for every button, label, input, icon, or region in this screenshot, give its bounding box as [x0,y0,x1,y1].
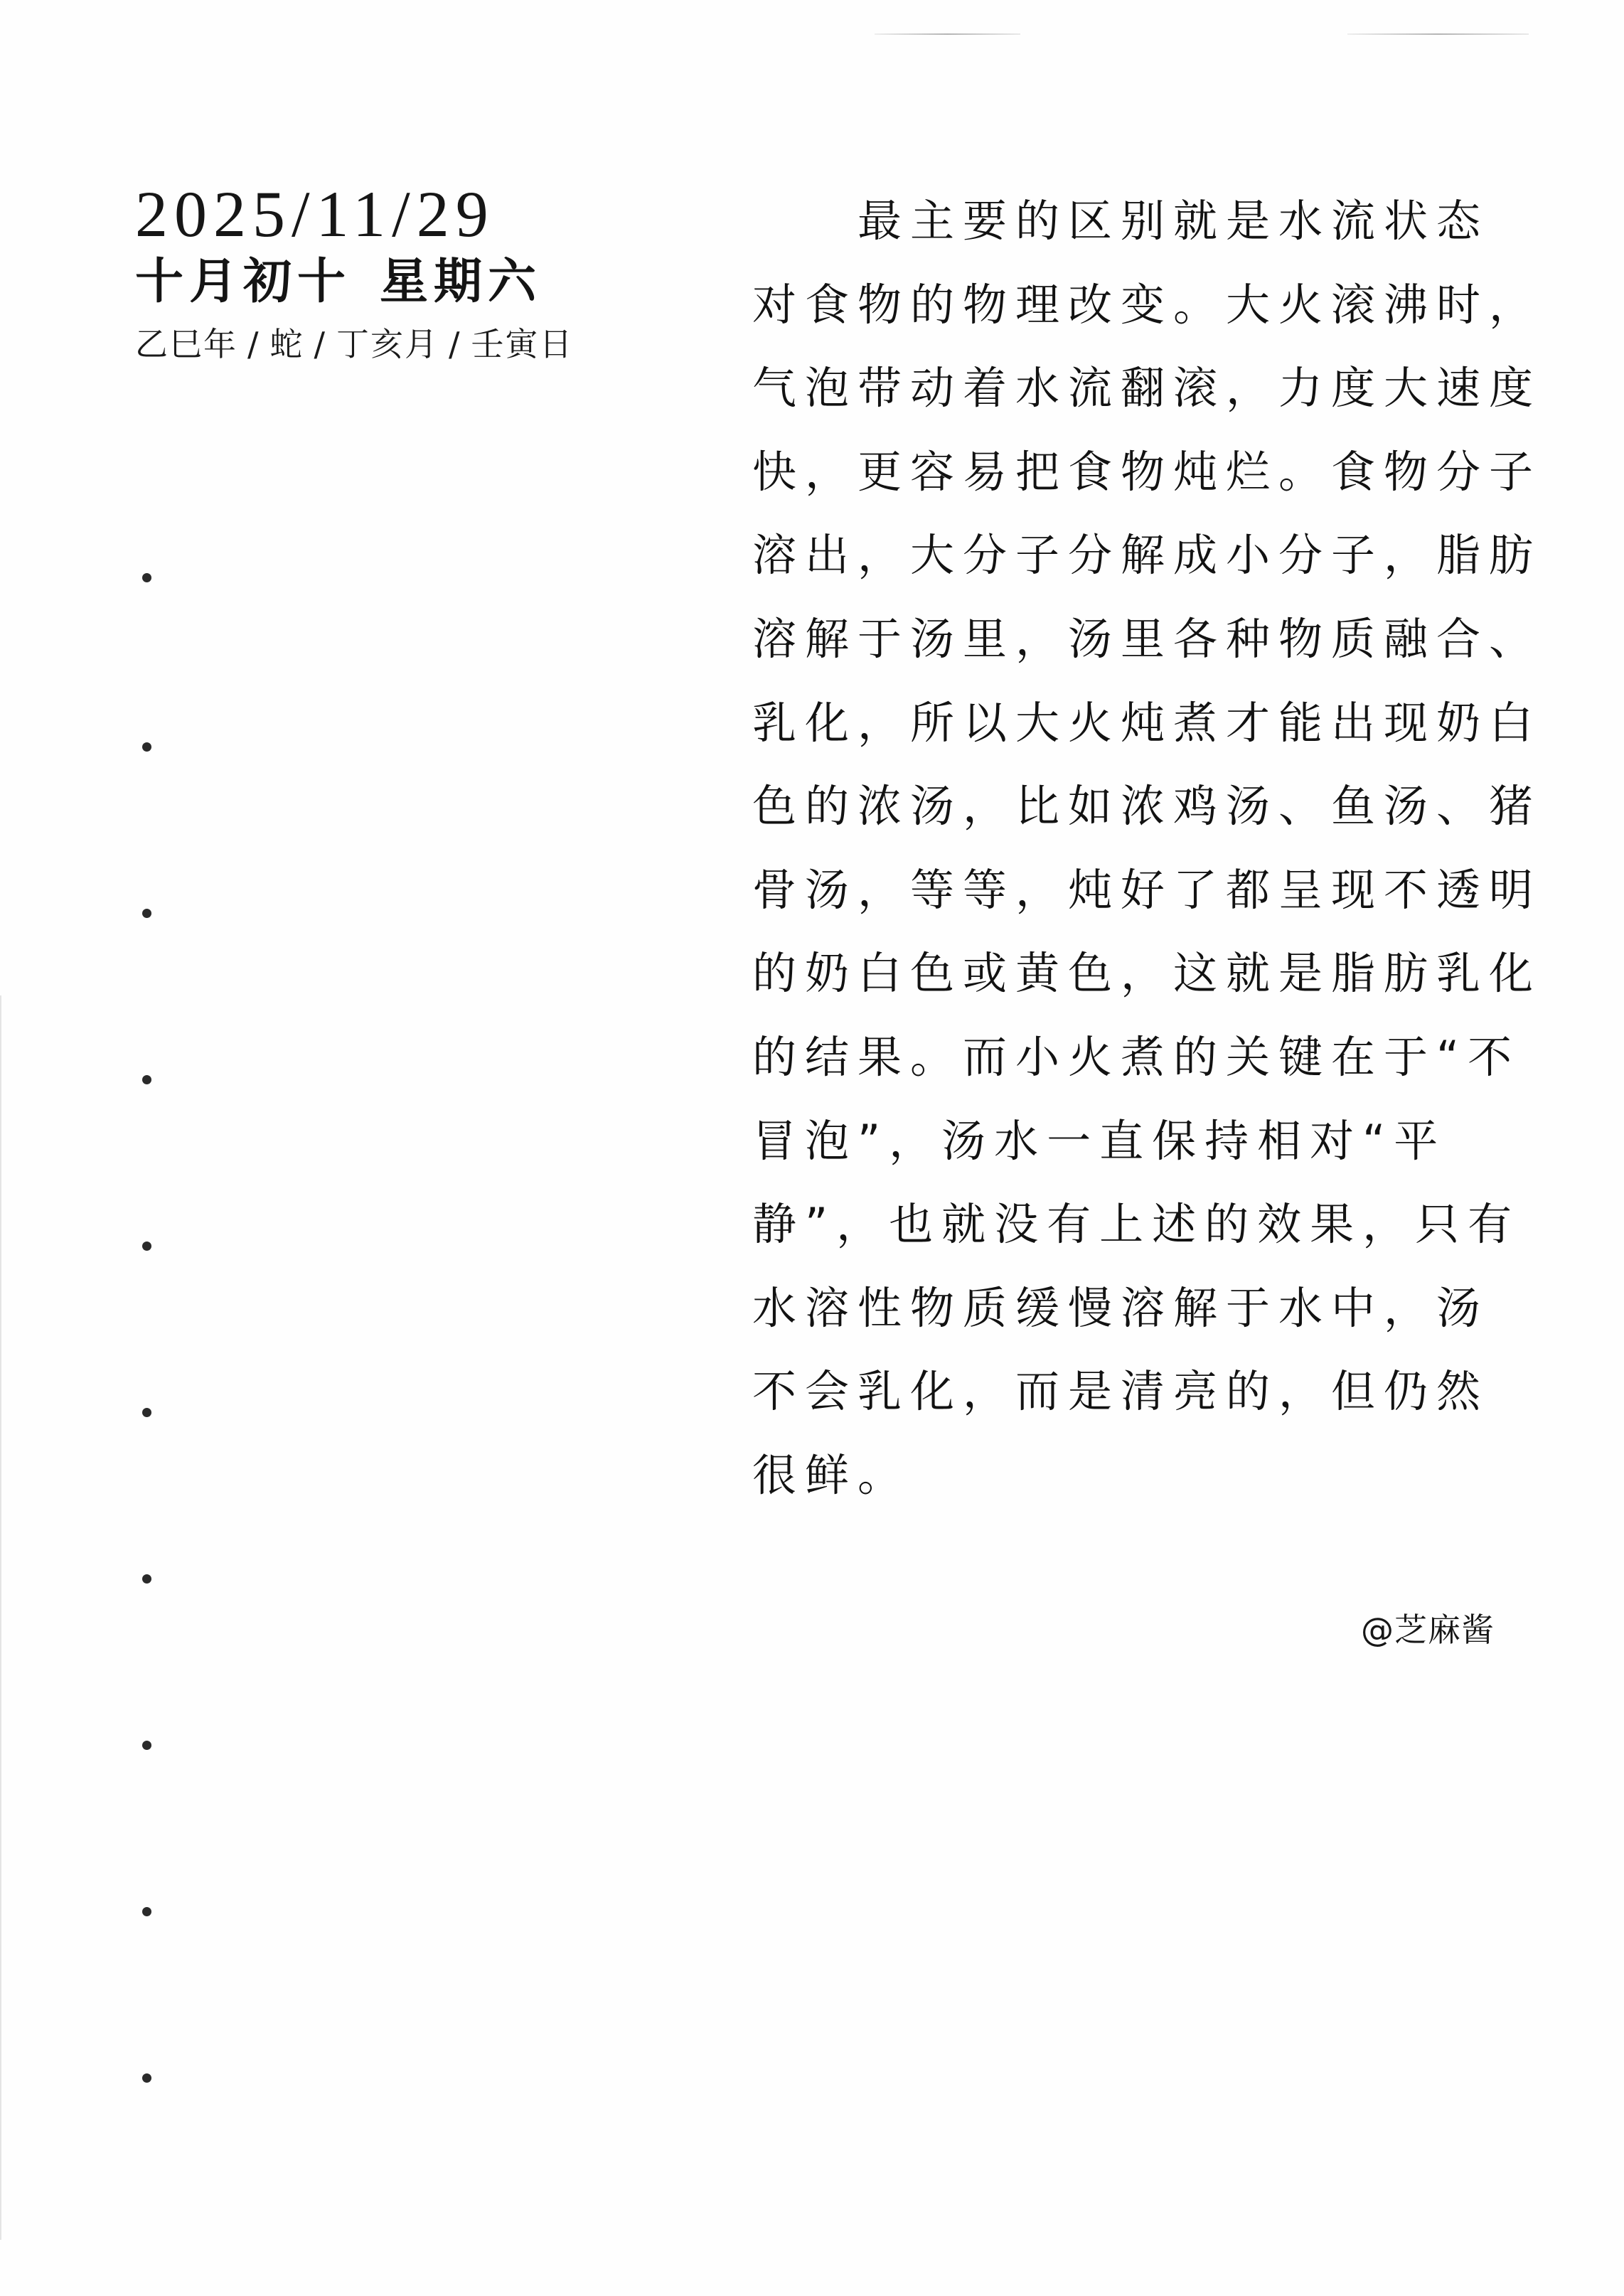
text-line: 溶出，大分子分解成小分子，脂肪 [752,513,1499,597]
ganzhi-day: 壬寅日 [471,325,574,363]
gregorian-date: 2025/11/29 [135,175,704,253]
text-line: 色的浓汤，比如浓鸡汤、鱼汤、猪 [752,764,1499,848]
text-line: 快，更容易把食物炖烂。食物分子 [752,430,1499,514]
bullet-dot-icon [142,1907,151,1916]
ganzhi-line: 乙巳年/蛇/丁亥月/壬寅日 [135,323,704,365]
article-body: 最主要的区别就是水流状态 对食物的物理改变。大火滚沸时， 气泡带动着水流翻滚，力… [752,179,1499,1517]
date-header: 2025/11/29 十月初十星期六 乙巳年/蛇/丁亥月/壬寅日 [135,175,704,365]
text-line: 对食物的物理改变。大火滚沸时， [752,263,1499,347]
text-line: 气泡带动着水流翻滚，力度大速度 [752,346,1499,430]
lunar-date-weekday: 十月初十星期六 [135,250,704,314]
bullet-dot-icon [142,742,151,752]
zodiac: 蛇 [270,325,304,363]
bullet-dot-icon [142,573,151,582]
ganzhi-year: 乙巳年 [135,325,237,363]
text-line: 最主要的区别就是水流状态 [752,179,1499,263]
text-line: 静”，也就没有上述的效果，只有 [752,1182,1499,1266]
ganzhi-month: 丁亥月 [336,325,439,363]
separator: / [314,323,327,365]
text-line: 水溶性物质缓慢溶解于水中，汤 [752,1266,1499,1350]
calendar-page: 2025/11/29 十月初十星期六 乙巳年/蛇/丁亥月/壬寅日 最主要的区别就… [0,0,1624,2296]
article-paragraph: 最主要的区别就是水流状态 对食物的物理改变。大火滚沸时， 气泡带动着水流翻滚，力… [752,179,1499,1517]
text-line: 的奶白色或黄色，这就是脂肪乳化 [752,931,1499,1015]
bullet-dot-icon [142,1408,151,1417]
author-signature: @芝麻酱 [1361,1608,1495,1651]
bullet-dot-icon [142,2073,151,2083]
text-line: 不会乳化，而是清亮的，但仍然 [752,1350,1499,1433]
scan-artifact-line [875,33,1020,35]
text-line: 很鲜。 [752,1433,1499,1517]
weekday: 星期六 [380,254,542,310]
text-line: 骨汤，等等，炖好了都呈现不透明 [752,848,1499,932]
scan-edge [0,995,1,2240]
bullet-dot-icon [142,1242,151,1251]
scan-artifact-line [1347,33,1529,35]
text-line: 乳化，所以大火炖煮才能出现奶白 [752,681,1499,765]
bullet-dot-icon [142,1574,151,1584]
text-line: 的结果。而小火煮的关键在于“不 [752,1015,1499,1099]
text-line: 冒泡”，汤水一直保持相对“平 [752,1099,1499,1183]
separator: / [247,323,260,365]
separator: / [449,323,461,365]
bullet-dot-icon [142,1741,151,1750]
text-line: 溶解于汤里，汤里各种物质融合、 [752,597,1499,681]
lunar-date: 十月初十 [135,254,351,310]
bullet-dot-icon [142,909,151,918]
bullet-dot-icon [142,1075,151,1084]
